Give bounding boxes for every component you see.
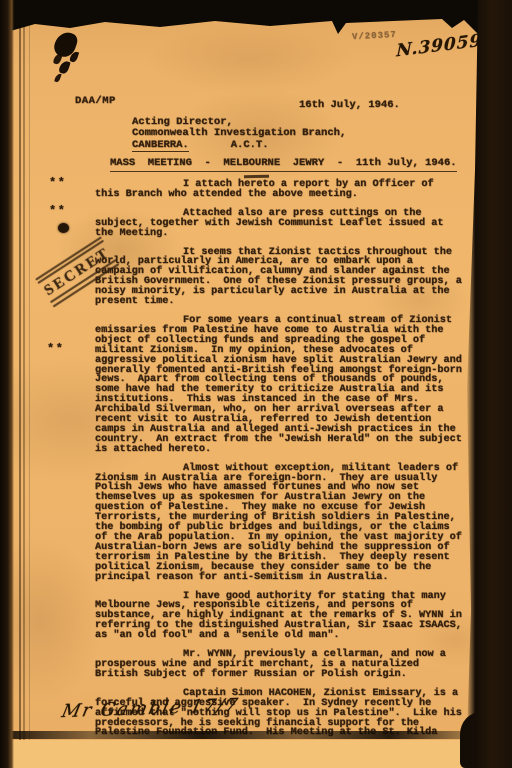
document-page: V/20357 N.39059 DAA/MP 16th July, 1946. …: [0, 0, 512, 768]
body-paragraph: Attached also are press cuttings on the …: [95, 209, 464, 239]
body-paragraph: I have good authority for stating that m…: [95, 592, 464, 642]
fold-crease: [23, 0, 25, 768]
page-bottom-shadow: [6, 731, 474, 739]
ink-blot: [52, 29, 80, 59]
margin-mark: **: [49, 204, 66, 218]
body-paragraph: Mr. WYNN, previously a cellarman, and no…: [95, 650, 464, 680]
body-paragraph: Almost without exception, militant leade…: [95, 464, 464, 583]
document-scan: V/20357 N.39059 DAA/MP 16th July, 1946. …: [0, 0, 512, 768]
body-paragraph: For some years a continual stream of Zio…: [95, 316, 464, 455]
addressee-block: Acting Director, Commonwealth Investigat…: [132, 117, 346, 151]
reference-code: DAA/MP: [75, 95, 116, 107]
body-paragraph: It seems that Zionist tactics throughout…: [95, 248, 464, 307]
fold-crease: [29, 0, 30, 768]
subject-line: MASS MEETING - MELBOURNE JEWRY - 11th Ju…: [110, 157, 457, 172]
backing-sheet: [0, 740, 512, 768]
margin-mark: **: [49, 176, 66, 190]
addressee-city: CANBERRA.: [132, 139, 189, 153]
body-paragraph: I attach hereto a report by an Officer o…: [95, 180, 464, 200]
handwritten-file-number: N.39059: [396, 31, 482, 62]
typed-file-number: V/20357: [352, 30, 397, 42]
document-date: 16th July, 1946.: [299, 99, 400, 111]
margin-mark: **: [47, 342, 64, 356]
fold-crease: [19, 0, 21, 768]
scan-left-edge: [0, 0, 14, 768]
addressee-location: CANBERRA.A.C.T.: [132, 140, 346, 151]
subject-underline-dash: [244, 175, 269, 178]
addressee-territory: A.C.T.: [231, 139, 269, 151]
ink-dot: [58, 223, 69, 233]
letter-body: I attach hereto a report by an Officer o…: [95, 180, 464, 747]
